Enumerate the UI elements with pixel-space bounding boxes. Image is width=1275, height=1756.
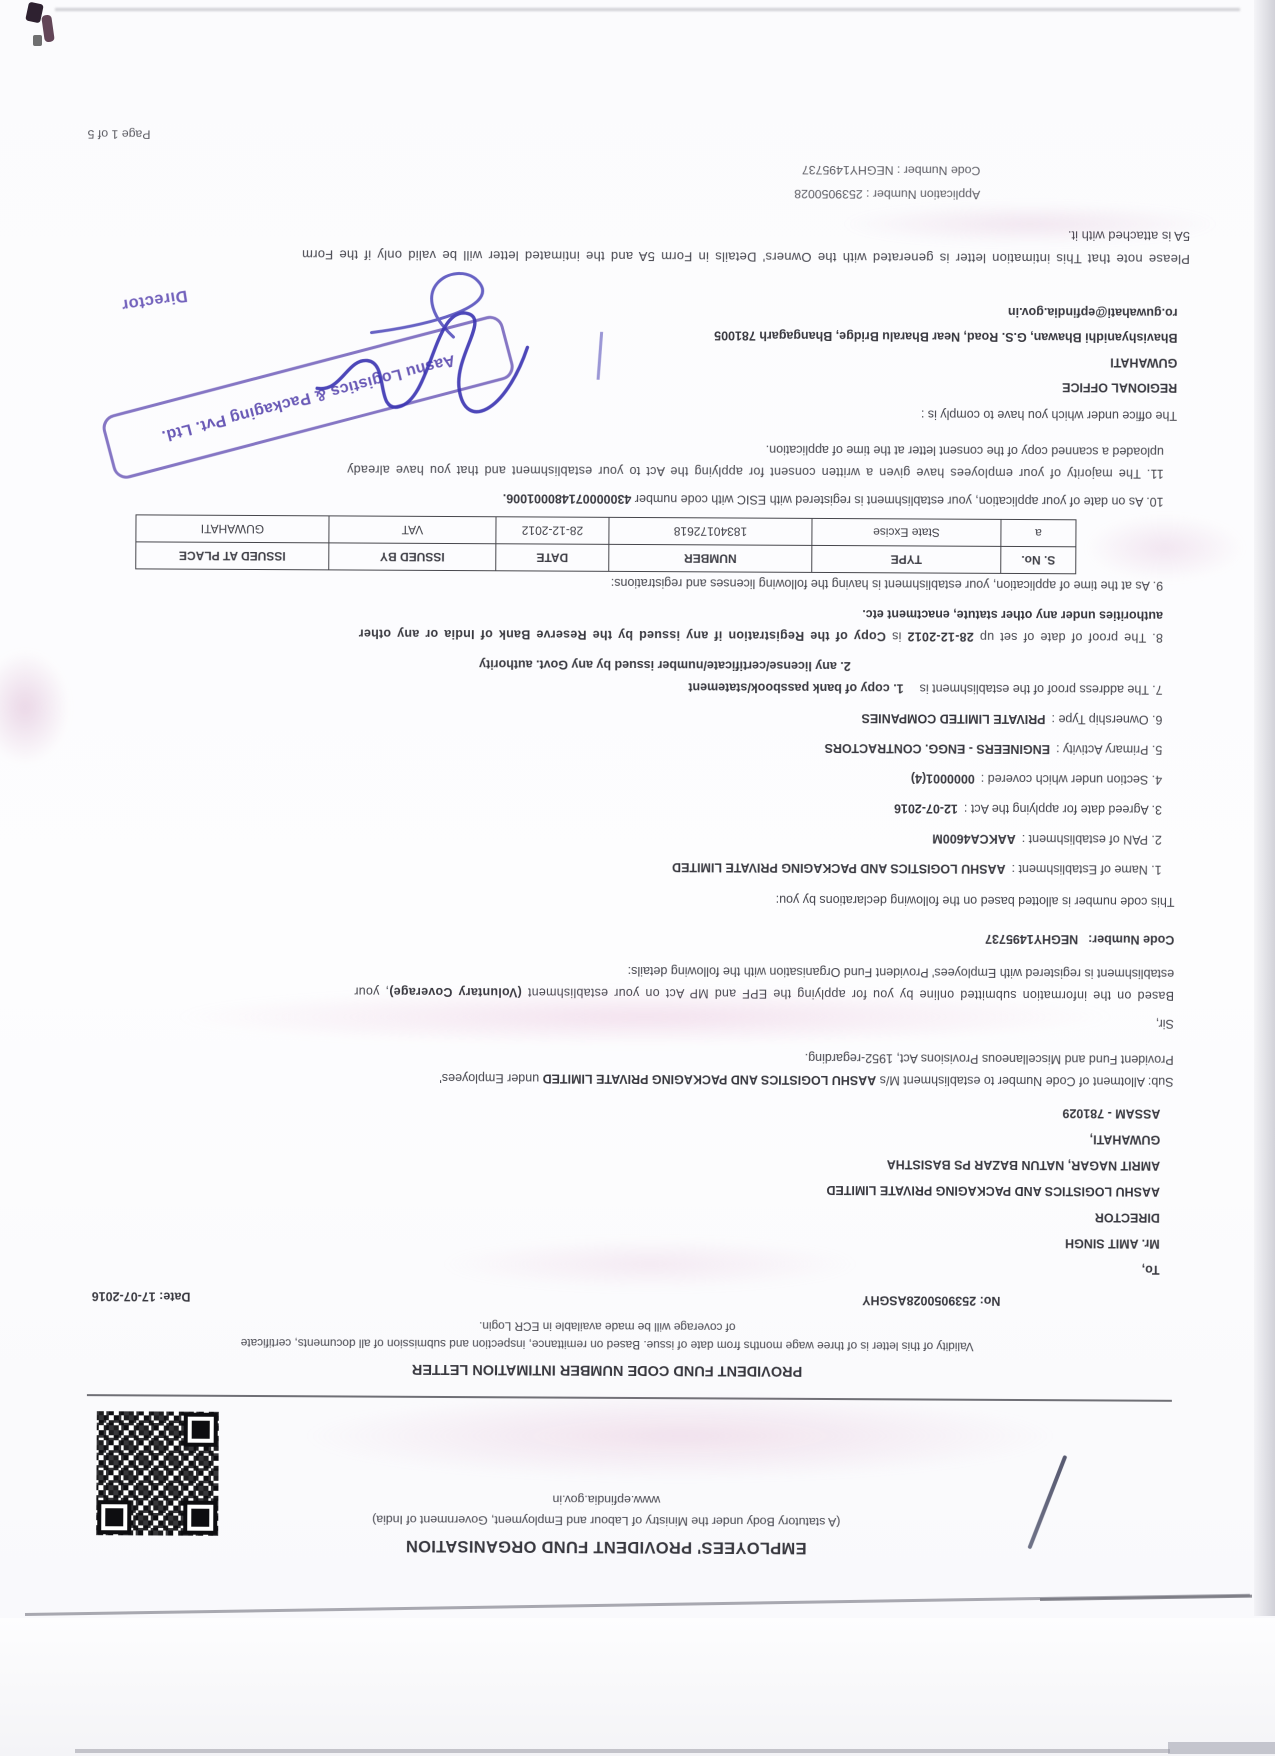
declaration-1-value: AASHU LOGISTICS AND PACKAGING PRIVATE LI… [672,860,1006,876]
declaration-7-line-2: 2. any license/certificate/number issued… [479,657,851,673]
office-email: ro.guwahati@epfindia.gov.in [1008,305,1178,320]
declaration-10-prefix: 10. As on date of your application, your… [631,492,1163,509]
declaration-7: 7. The address proof of the establishmen… [688,680,1162,696]
intro-voluntary-coverage: (Voluntary Coverage) [389,985,522,1000]
letter-title: PROVIDENT FUND CODE NUMBER INTIMATION LE… [0,1359,1217,1381]
letter-date: Date: 17-07-2016 [92,1289,191,1304]
declaration-2: 2. PAN of establishment :AAKCA4600M [932,832,1162,847]
scanned-document-canvas: EMPLOYEES' PROVIDENT FUND ORGANISATION (… [0,0,1275,1756]
addressee-to: To, [1142,1263,1160,1277]
declaration-3-value: 12-07-2016 [894,801,958,815]
intro-text-c: , your [354,985,389,999]
table-cell-issued-by: VAT [329,516,496,544]
ink-mark-icon [597,332,604,380]
table-header-type: TYPE [812,545,1001,573]
addressee-company: AASHU LOGISTICS AND PACKAGING PRIVATE LI… [826,1183,1160,1199]
qr-finder-icon [97,1500,131,1534]
header-divider [87,1394,1172,1402]
code-number-line: Code Number:NEGHY1495737 [985,932,1174,947]
declaration-1-label: 1. Name of Establishment : [1012,862,1162,877]
office-address: Bhavishyanidhi Bhawan, G.S. Road, Near B… [714,328,1177,344]
letter-page-rotated-180: EMPLOYEES' PROVIDENT FUND ORGANISATION (… [0,0,1275,1615]
scan-bottom-streak [75,1749,1170,1753]
table-cell-issued-at-place: GUWAHATI [136,515,329,543]
subject-company: AASHU LOGISTICS AND PACKAGING PRIVATE LI… [543,1072,877,1088]
note-line-2: 5A is attached with it. [1068,228,1190,244]
declaration-11-line-2: uploaded a scanned copy of the consent l… [766,443,1164,459]
code-number-value: NEGHY1495737 [985,932,1078,946]
addressee-name: Mr. AMIT SINGH [1065,1236,1160,1250]
licenses-table: S. No. TYPE NUMBER DATE ISSUED BY ISSUED… [135,514,1076,574]
declaration-3-label: 3. Agreed date for applying the Act : [964,802,1162,817]
declaration-5-label: 5. Primary Activity : [1056,742,1162,757]
office-name: REGIONAL OFFICE [1062,380,1177,395]
declaration-8: 8. The proof of date of set up 28-12-201… [359,627,1163,645]
stamp-director-label: Director [120,286,189,315]
declaration-3: 3. Agreed date for applying the Act :12-… [894,801,1162,816]
intro-text-a: Based on the information submitted onlin… [522,985,1174,1002]
declaration-5-value: ENGINEERS - ENGG. CONTRACTORS [825,741,1051,756]
declaration-11-line-1: 11. The majority of your employees have … [347,462,1164,480]
comply-office-intro: The office under which you have to compl… [921,407,1177,422]
declaration-4: 4. Section under which covered :0000001(… [911,771,1162,786]
declaration-8-line-2: authorities under any other statute, ena… [862,607,1163,623]
table-header-date: DATE [496,544,609,572]
qr-finder-icon [183,1501,217,1535]
declaration-2-value: AAKCA4600M [932,832,1015,846]
table-header-issued-at-place: ISSUED AT PLACE [136,542,329,570]
declaration-8-mid: is [886,629,907,643]
declaration-1: 1. Name of Establishment :AASHU LOGISTIC… [672,860,1162,877]
code-number-label: Code Number: [1088,932,1174,946]
declaration-2-label: 2. PAN of establishment : [1022,832,1162,847]
addressee-state: ASSAM - 781029 [1062,1106,1160,1121]
scan-bottom-mark [1168,1742,1275,1754]
declaration-10-esic-number: 430000071480001006. [503,491,632,506]
table-row: a State Excise 18340172618 28-12-2012 VA… [136,515,1076,547]
table-cell-sno: a [1001,519,1076,546]
declaration-6-label: 6. Ownership Type : [1051,712,1162,727]
subject-line-1: Sub: Allotment of Code Number to establi… [439,1071,1173,1089]
allotment-intro: This code number is allotted based on th… [776,893,1175,909]
subject-prefix: Sub: Allotment of Code Number to establi… [876,1073,1173,1089]
table-cell-date: 28-12-2012 [496,517,609,545]
subject-suffix: under Employees' [439,1071,542,1086]
salutation: Sir, [1156,1017,1174,1031]
subject-line-2: Provident Fund and Miscellaneous Provisi… [805,1051,1174,1067]
qr-finder-icon [184,1413,218,1447]
qr-code-icon [96,1411,219,1536]
office-city: GUWAHATI [1110,355,1177,369]
table-cell-number: 18340172618 [609,517,812,545]
declaration-4-label: 4. Section under which covered : [981,772,1162,787]
table-header-sno: S. No. [1001,546,1076,573]
validity-line-1: Validity of this letter is of three wage… [0,1335,1217,1355]
signature-ink-icon [259,249,550,466]
intro-line-1: Based on the information submitted onlin… [354,985,1174,1003]
addressee-street: AMRIT NAGAR, NATUN BAZAR PS BASISTHA [887,1157,1160,1172]
declaration-6-value: PRIVATE LIMITED COMPANIES [861,711,1045,726]
declaration-7-label: 7. The address proof of the establishmen… [920,681,1163,696]
intro-line-2: establishment is registered with Employe… [628,964,1174,981]
declaration-6: 6. Ownership Type :PRIVATE LIMITED COMPA… [861,711,1162,727]
scanner-background [0,1618,1275,1756]
declaration-8-proof: Copy of the Registration if any issued b… [359,627,886,644]
reference-number: No: 2539050028ASGHY [862,1293,1000,1308]
footer-application-number: Application Number : 2539050028 [794,187,980,202]
declaration-7-value: 1. copy of bank passbook/statement [688,680,903,695]
declaration-8-prefix: 8. The proof of date of set up [974,630,1163,645]
addressee-city: GUWAHATI, [1090,1132,1161,1146]
table-header-issued-by: ISSUED BY [329,543,496,571]
footer-code-number: Code Number : NEGHY1495737 [802,163,980,178]
table-header-number: NUMBER [609,544,812,572]
table-cell-type: State Excise [812,518,1001,546]
validity-line-2: of coverage will be made available in EC… [0,1317,1217,1337]
addressee-designation: DIRECTOR [1095,1210,1160,1224]
page-number: Page 1 of 5 [88,127,151,141]
declaration-5: 5. Primary Activity :ENGINEERS - ENGG. C… [825,741,1163,757]
declaration-4-value: 0000001(4) [911,771,975,785]
declaration-10: 10. As on date of your application, your… [503,491,1164,508]
declaration-9: 9. As at the time of application, your e… [611,576,1163,593]
declaration-8-date: 28-12-2012 [907,629,974,643]
licenses-table-header-row: S. No. TYPE NUMBER DATE ISSUED BY ISSUED… [136,542,1076,574]
